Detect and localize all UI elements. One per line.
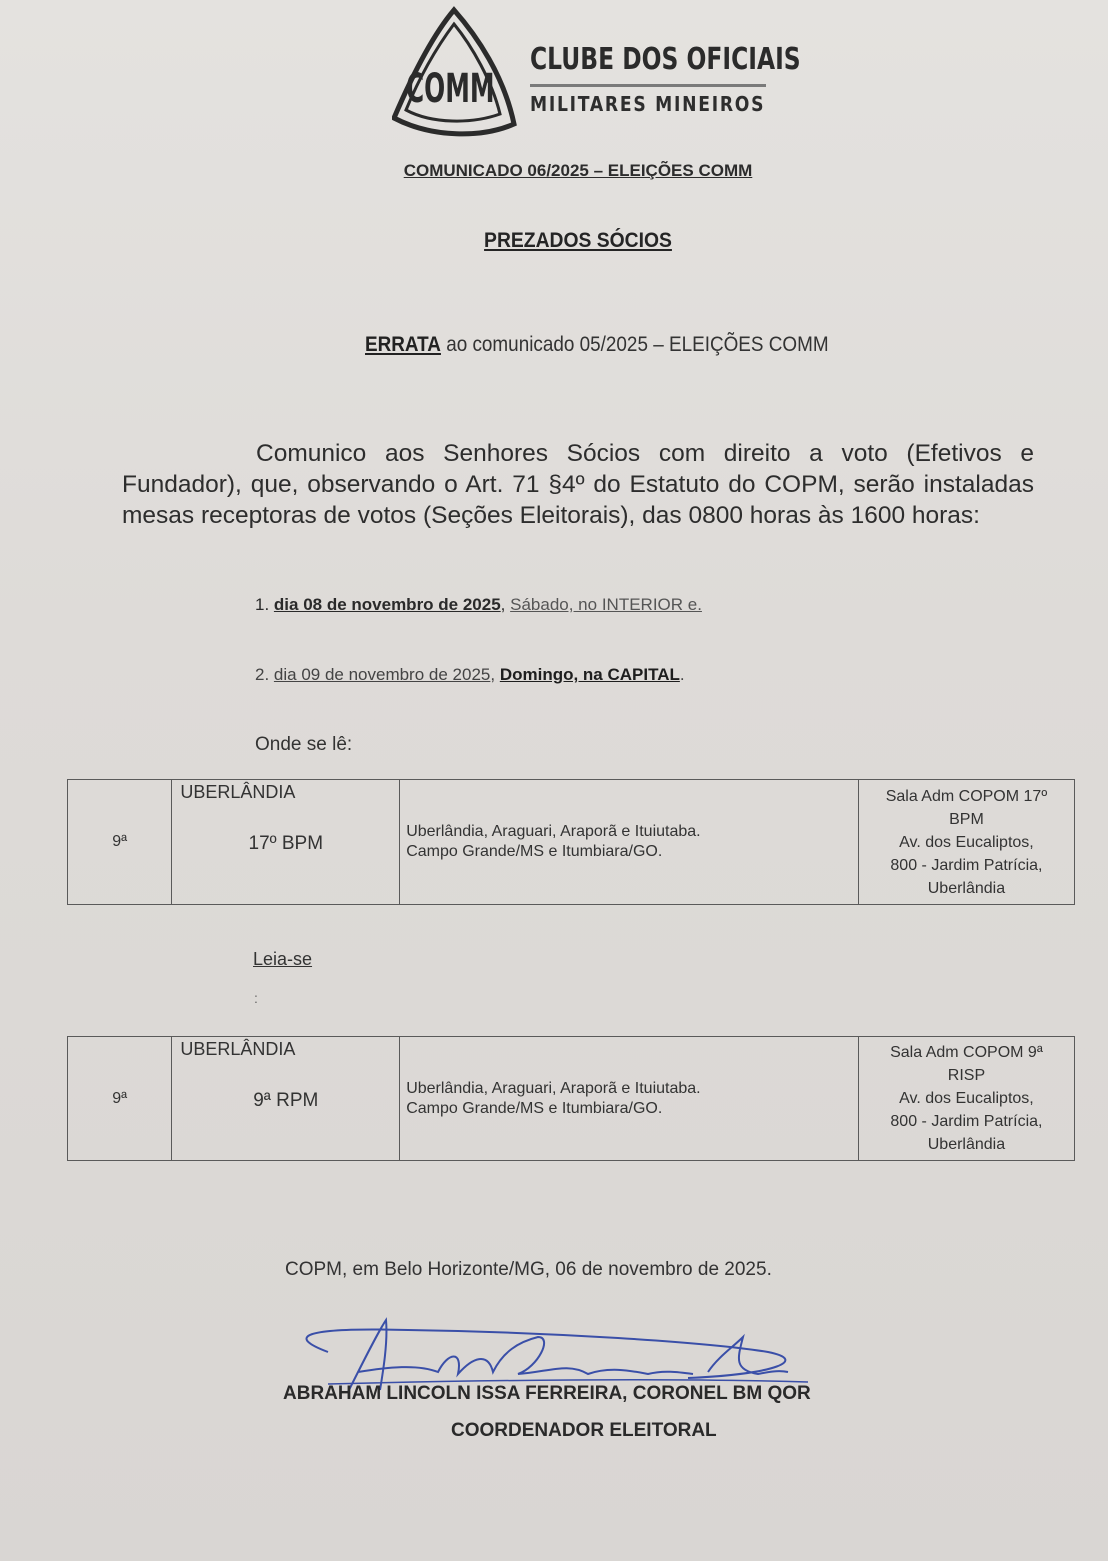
original-section-table: 9ª UBERLÂNDIA 17º BPM Uberlândia, Aragua…	[67, 779, 1075, 905]
leia-se-label: Leia-se	[253, 949, 312, 970]
section-cell: 9ª	[68, 780, 172, 905]
item-rest: Sábado, no INTERIOR e.	[510, 595, 702, 614]
brand-line-1: CLUBE DOS OFICIAIS	[530, 42, 801, 77]
unit: 9ª RPM	[172, 1090, 399, 1112]
municipalities-line: Campo Grande/MS e Itumbiara/GO.	[406, 1099, 858, 1119]
list-item-2: 2. dia 09 de novembro de 2025, Domingo, …	[255, 665, 685, 685]
salutation: PREZADOS SÓCIOS	[46, 229, 1108, 253]
location-line: Sala Adm COPOM 9ª	[859, 1041, 1074, 1064]
body-paragraph-text: Comunico aos Senhores Sócios com direito…	[122, 440, 1034, 529]
unit-cell: UBERLÂNDIA 9ª RPM	[172, 1037, 400, 1161]
location-line: 800 - Jardim Patrícia,	[859, 854, 1074, 877]
location-line: Av. dos Eucaliptos,	[859, 831, 1074, 854]
errata-label: ERRATA	[365, 333, 441, 356]
leia-se-colon: :	[254, 990, 258, 1006]
errata-heading: ERRATA ao comunicado 05/2025 – ELEIÇÕES …	[365, 333, 829, 357]
item-rest: Domingo, na CAPITAL	[500, 665, 680, 684]
brand-divider	[530, 84, 766, 87]
item-number: 2.	[255, 665, 274, 684]
item-date: dia 09 de novembro de 2025	[274, 665, 490, 684]
place-and-date: COPM, em Belo Horizonte/MG, 06 de novemb…	[285, 1259, 772, 1281]
signer-role: COORDENADOR ELEITORAL	[451, 1420, 717, 1442]
errata-text: ao comunicado 05/2025 – ELEIÇÕES COMM	[441, 333, 829, 356]
unit: 17º BPM	[172, 833, 399, 855]
signer-name: ABRAHAM LINCOLN ISSA FERREIRA, CORONEL B…	[283, 1383, 811, 1405]
table-row: 9ª UBERLÂNDIA 17º BPM Uberlândia, Aragua…	[68, 780, 1075, 905]
item-sep: ,	[490, 665, 499, 684]
location-line: 800 - Jardim Patrícia,	[859, 1110, 1074, 1133]
item-end: .	[680, 665, 685, 684]
location-line: BPM	[859, 808, 1074, 831]
municipalities-line: Uberlândia, Araguari, Araporã e Ituiutab…	[406, 822, 858, 842]
table-row: 9ª UBERLÂNDIA 9ª RPM Uberlândia, Araguar…	[68, 1037, 1075, 1161]
onde-se-le-label: Onde se lê:	[255, 734, 352, 756]
svg-text:COMM: COMM	[406, 65, 495, 112]
item-sep: ,	[501, 595, 510, 614]
unit-cell: UBERLÂNDIA 17º BPM	[172, 780, 400, 905]
location-line: Uberlândia	[859, 877, 1074, 900]
body-paragraph: Comunico aos Senhores Sócios com direito…	[122, 438, 1034, 531]
corrected-section-table: 9ª UBERLÂNDIA 9ª RPM Uberlândia, Araguar…	[67, 1036, 1075, 1161]
item-date: dia 08 de novembro de 2025	[274, 595, 501, 614]
comm-shield-logo-icon: COMM	[392, 6, 522, 138]
location-line: Av. dos Eucaliptos,	[859, 1087, 1074, 1110]
city: UBERLÂNDIA	[180, 782, 295, 803]
city: UBERLÂNDIA	[180, 1039, 295, 1060]
document-title: COMUNICADO 06/2025 – ELEIÇÕES COMM	[0, 161, 1108, 181]
municipalities-line: Uberlândia, Araguari, Araporã e Ituiutab…	[406, 1079, 858, 1099]
municipalities-line: Campo Grande/MS e Itumbiara/GO.	[406, 842, 858, 862]
location-line: Sala Adm COPOM 17º	[859, 785, 1074, 808]
location-line: RISP	[859, 1064, 1074, 1087]
municipalities-cell: Uberlândia, Araguari, Araporã e Ituiutab…	[400, 1037, 859, 1161]
item-number: 1.	[255, 595, 274, 614]
brand-line-2: MILITARES MINEIROS	[530, 92, 765, 116]
location-cell: Sala Adm COPOM 17º BPM Av. dos Eucalipto…	[858, 780, 1074, 905]
location-line: Uberlândia	[859, 1133, 1074, 1156]
section-cell: 9ª	[68, 1037, 172, 1161]
location-cell: Sala Adm COPOM 9ª RISP Av. dos Eucalipto…	[858, 1037, 1074, 1161]
municipalities-cell: Uberlândia, Araguari, Araporã e Ituiutab…	[400, 780, 859, 905]
list-item-1: 1. dia 08 de novembro de 2025, Sábado, n…	[255, 595, 702, 615]
